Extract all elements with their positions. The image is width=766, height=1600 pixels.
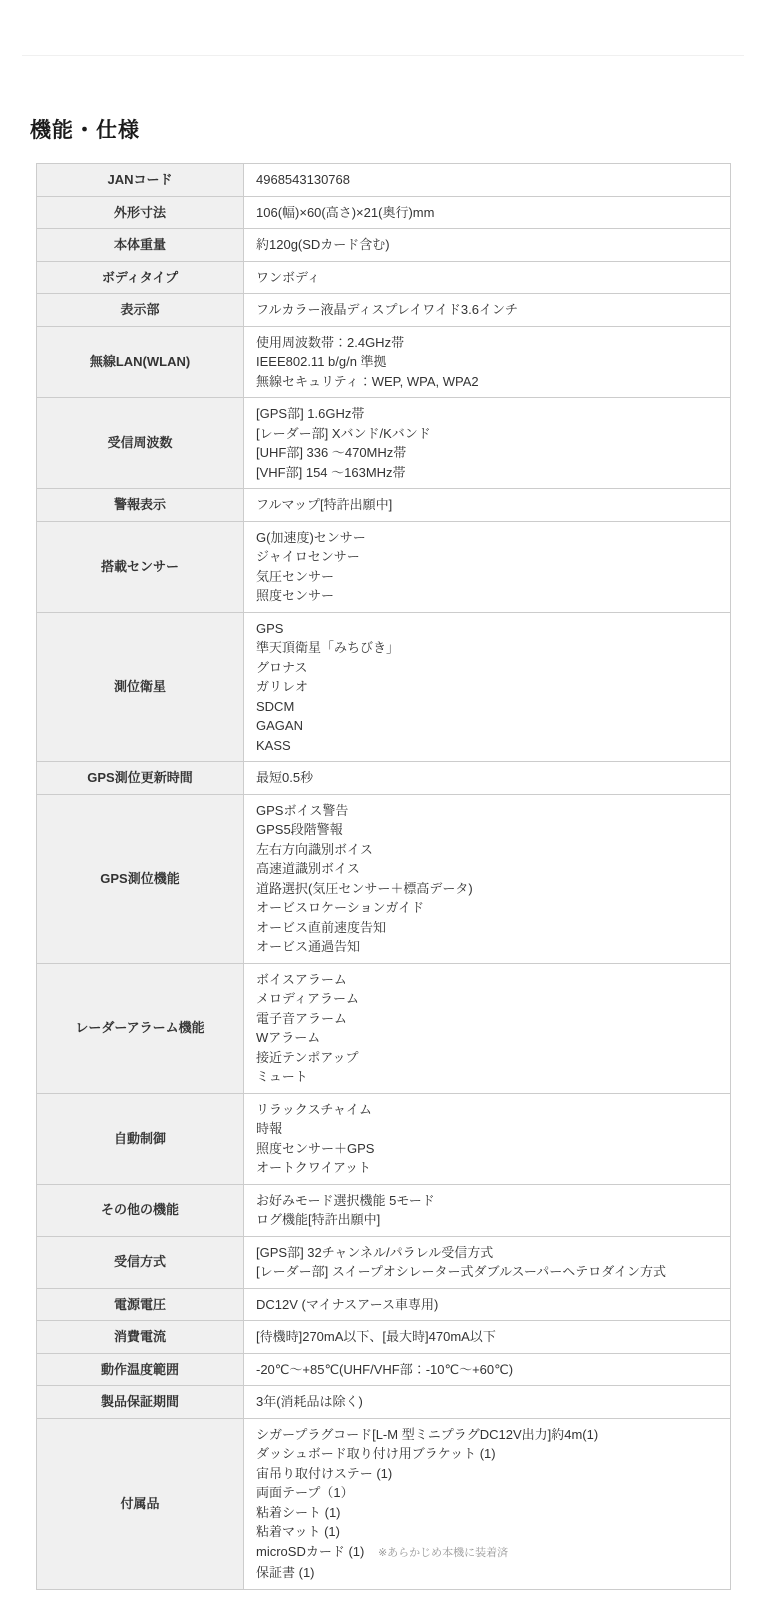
spec-label: 付属品 — [37, 1418, 244, 1589]
spec-value-text: 高速道識別ボイス — [256, 861, 360, 876]
page-title: 機能・仕様 — [30, 114, 140, 144]
spec-value-text: 4968543130768 — [256, 172, 350, 187]
spec-value-line: ガリレオ — [256, 677, 720, 697]
spec-value-line: グロナス — [256, 658, 720, 678]
table-row: 測位衛星 GPS 準天頂衛星「みちびき」 グロナス ガリレオ SDCM GAGA… — [37, 612, 731, 762]
table-row: その他の機能 お好みモード選択機能 5モード ログ機能[特許出願中] — [37, 1184, 731, 1236]
spec-value: 4968543130768 — [244, 164, 731, 197]
spec-value-text: 宙吊り取付けステー (1) — [256, 1466, 392, 1481]
spec-value-line: [GPS部] 32チャンネル/パラレル受信方式 — [256, 1243, 720, 1263]
spec-value-text: 粘着シート (1) — [256, 1505, 341, 1520]
spec-label: GPS測位機能 — [37, 794, 244, 963]
spec-value-text: ダッシュボード取り付け用ブラケット (1) — [256, 1446, 496, 1461]
top-divider — [22, 55, 744, 56]
spec-value: 最短0.5秒 — [244, 762, 731, 795]
spec-value-line: 保証書 (1) — [256, 1563, 720, 1583]
spec-page: 機能・仕様 JANコード 4968543130768 外形寸法 106(幅)×6… — [0, 0, 766, 1600]
spec-label: 警報表示 — [37, 489, 244, 522]
spec-value-text: 準天頂衛星「みちびき」 — [256, 640, 399, 655]
spec-value-text: オービスロケーションガイド — [256, 900, 424, 915]
spec-value-line: [レーダー部] スイープオシレーター式ダブルスーパーヘテロダイン方式 — [256, 1262, 720, 1282]
spec-label: JANコード — [37, 164, 244, 197]
spec-value-line: 接近テンポアップ — [256, 1048, 720, 1068]
spec-value-text: 106(幅)×60(高さ)×21(奥行)mm — [256, 205, 434, 220]
spec-value: 106(幅)×60(高さ)×21(奥行)mm — [244, 196, 731, 229]
spec-value-line: GPS — [256, 619, 720, 639]
spec-value-line: 高速道識別ボイス — [256, 859, 720, 879]
spec-value-text: 最短0.5秒 — [256, 770, 313, 785]
spec-value: DC12V (マイナスアース車専用) — [244, 1288, 731, 1321]
spec-value-text: Wアラーム — [256, 1030, 320, 1045]
spec-value-line: GPSボイス警告 — [256, 801, 720, 821]
spec-value-line: メロディアラーム — [256, 989, 720, 1009]
spec-value-text: オートクワイアット — [256, 1160, 371, 1175]
spec-value-line: ミュート — [256, 1067, 720, 1087]
spec-value-line: 道路選択(気圧センサー＋標高データ) — [256, 879, 720, 899]
spec-value-line: ワンボディ — [256, 268, 720, 288]
spec-value-text: [レーダー部] スイープオシレーター式ダブルスーパーヘテロダイン方式 — [256, 1264, 666, 1279]
spec-value: 3年(消耗品は除く) — [244, 1386, 731, 1419]
spec-value-text: KASS — [256, 738, 291, 753]
spec-value-line: オービス通過告知 — [256, 937, 720, 957]
spec-value-text: ガリレオ — [256, 679, 308, 694]
spec-value-line: オービス直前速度告知 — [256, 918, 720, 938]
spec-value-text: 気圧センサー — [256, 569, 334, 584]
spec-value: G(加速度)センサー ジャイロセンサー 気圧センサー 照度センサー — [244, 521, 731, 612]
spec-value-line: オービスロケーションガイド — [256, 898, 720, 918]
spec-value-text: ボイスアラーム — [256, 972, 347, 987]
spec-value-text: [待機時]270mA以下、[最大時]470mA以下 — [256, 1329, 496, 1344]
spec-table: JANコード 4968543130768 外形寸法 106(幅)×60(高さ)×… — [36, 163, 731, 1590]
spec-value-text: G(加速度)センサー — [256, 530, 366, 545]
spec-value-line: [VHF部] 154 ～163MHz帯 — [256, 463, 720, 483]
spec-value-text: 時報 — [256, 1121, 282, 1136]
spec-value-text: グロナス — [256, 660, 307, 675]
spec-value-text: -20℃～+85℃(UHF/VHF部：-10℃～+60℃) — [256, 1362, 513, 1377]
spec-value-text: フルマップ[特許出願中] — [256, 497, 392, 512]
spec-value-line: 最短0.5秒 — [256, 768, 720, 788]
spec-value-line: 照度センサー — [256, 586, 720, 606]
spec-value-text: [GPS部] 32チャンネル/パラレル受信方式 — [256, 1245, 493, 1260]
spec-value-line: [待機時]270mA以下、[最大時]470mA以下 — [256, 1327, 720, 1347]
spec-value-note: ※あらかじめ本機に装着済 — [378, 1547, 508, 1559]
spec-label: 搭載センサー — [37, 521, 244, 612]
table-row: 搭載センサー G(加速度)センサー ジャイロセンサー 気圧センサー 照度センサー — [37, 521, 731, 612]
spec-value-line: [GPS部] 1.6GHz帯 — [256, 404, 720, 424]
table-row: GPS測位更新時間 最短0.5秒 — [37, 762, 731, 795]
spec-value-line: 4968543130768 — [256, 170, 720, 190]
spec-value: -20℃～+85℃(UHF/VHF部：-10℃～+60℃) — [244, 1353, 731, 1386]
spec-value-text: 道路選択(気圧センサー＋標高データ) — [256, 881, 473, 896]
spec-label: 動作温度範囲 — [37, 1353, 244, 1386]
spec-value: 約120g(SDカード含む) — [244, 229, 731, 262]
spec-value: [待機時]270mA以下、[最大時]470mA以下 — [244, 1321, 731, 1354]
spec-label: 電源電圧 — [37, 1288, 244, 1321]
spec-value-line: リラックスチャイム — [256, 1100, 720, 1120]
spec-value-line: 両面テープ（1） — [256, 1483, 720, 1503]
spec-label: 表示部 — [37, 294, 244, 327]
spec-value: フルカラー液晶ディスプレイワイド3.6インチ — [244, 294, 731, 327]
spec-value-text: SDCM — [256, 699, 294, 714]
spec-value-text: 両面テープ（1） — [256, 1485, 354, 1500]
spec-value-text: オービス直前速度告知 — [256, 920, 386, 935]
spec-value-line: G(加速度)センサー — [256, 528, 720, 548]
spec-value-line: GAGAN — [256, 716, 720, 736]
spec-value-text: [レーダー部] Xバンド/Kバンド — [256, 426, 431, 441]
spec-value-line: 左右方向識別ボイス — [256, 840, 720, 860]
spec-value: ボイスアラーム メロディアラーム 電子音アラーム Wアラーム 接近テンポアップ … — [244, 963, 731, 1093]
spec-label: 消費電流 — [37, 1321, 244, 1354]
table-row: JANコード 4968543130768 — [37, 164, 731, 197]
spec-value-line: 粘着シート (1) — [256, 1503, 720, 1523]
spec-value-text: microSDカード (1) — [256, 1544, 364, 1559]
spec-value-text: 保証書 (1) — [256, 1565, 315, 1580]
table-row: 警報表示 フルマップ[特許出願中] — [37, 489, 731, 522]
table-row: 電源電圧 DC12V (マイナスアース車専用) — [37, 1288, 731, 1321]
spec-value-line: 約120g(SDカード含む) — [256, 235, 720, 255]
spec-value: [GPS部] 32チャンネル/パラレル受信方式 [レーダー部] スイープオシレー… — [244, 1236, 731, 1288]
spec-value: ワンボディ — [244, 261, 731, 294]
spec-value-text: 粘着マット (1) — [256, 1524, 340, 1539]
spec-value-text: ミュート — [256, 1069, 308, 1084]
spec-value-text: メロディアラーム — [256, 991, 359, 1006]
spec-label: 製品保証期間 — [37, 1386, 244, 1419]
spec-value-line: 106(幅)×60(高さ)×21(奥行)mm — [256, 203, 720, 223]
spec-value: リラックスチャイム 時報 照度センサー＋GPS オートクワイアット — [244, 1093, 731, 1184]
spec-value-line: 電子音アラーム — [256, 1009, 720, 1029]
table-row: 消費電流 [待機時]270mA以下、[最大時]470mA以下 — [37, 1321, 731, 1354]
table-row: 動作温度範囲 -20℃～+85℃(UHF/VHF部：-10℃～+60℃) — [37, 1353, 731, 1386]
spec-value-line: 3年(消耗品は除く) — [256, 1392, 720, 1412]
spec-value: 使用周波数帯：2.4GHz帯 IEEE802.11 b/g/n 準拠 無線セキュ… — [244, 326, 731, 398]
spec-value-text: IEEE802.11 b/g/n 準拠 — [256, 354, 387, 369]
spec-label: 無線LAN(WLAN) — [37, 326, 244, 398]
spec-value-text: GPSボイス警告 — [256, 803, 348, 818]
spec-value-text: GAGAN — [256, 718, 303, 733]
spec-label: 受信周波数 — [37, 398, 244, 489]
spec-label: その他の機能 — [37, 1184, 244, 1236]
spec-label: 測位衛星 — [37, 612, 244, 762]
spec-value-line: ボイスアラーム — [256, 970, 720, 990]
spec-value-text: [GPS部] 1.6GHz帯 — [256, 406, 364, 421]
spec-value-line: ログ機能[特許出願中] — [256, 1210, 720, 1230]
spec-value-text: 使用周波数帯：2.4GHz帯 — [256, 335, 404, 350]
spec-value-line: お好みモード選択機能 5モード — [256, 1191, 720, 1211]
spec-value: [GPS部] 1.6GHz帯 [レーダー部] Xバンド/Kバンド [UHF部] … — [244, 398, 731, 489]
spec-value-text: ログ機能[特許出願中] — [256, 1212, 380, 1227]
spec-value-text: 接近テンポアップ — [256, 1050, 358, 1065]
table-row: 製品保証期間 3年(消耗品は除く) — [37, 1386, 731, 1419]
spec-value: GPS 準天頂衛星「みちびき」 グロナス ガリレオ SDCM GAGAN KAS… — [244, 612, 731, 762]
spec-label: 本体重量 — [37, 229, 244, 262]
spec-value-text: GPS — [256, 621, 283, 636]
spec-value-text: 照度センサー — [256, 588, 334, 603]
table-row: 無線LAN(WLAN) 使用周波数帯：2.4GHz帯 IEEE802.11 b/… — [37, 326, 731, 398]
table-row: 外形寸法 106(幅)×60(高さ)×21(奥行)mm — [37, 196, 731, 229]
spec-value-line: ジャイロセンサー — [256, 547, 720, 567]
spec-value: フルマップ[特許出願中] — [244, 489, 731, 522]
spec-value-text: DC12V (マイナスアース車専用) — [256, 1297, 438, 1312]
spec-value-line: KASS — [256, 736, 720, 756]
table-row: GPS測位機能 GPSボイス警告 GPS5段階警報 左右方向識別ボイス 高速道識… — [37, 794, 731, 963]
spec-value-text: フルカラー液晶ディスプレイワイド3.6インチ — [256, 302, 518, 317]
table-row: 自動制御 リラックスチャイム 時報 照度センサー＋GPS オートクワイアット — [37, 1093, 731, 1184]
spec-value-text: シガープラグコード[L-M 型ミニプラグDC12V出力]約4m(1) — [256, 1427, 598, 1442]
spec-value-text: [UHF部] 336 ～470MHz帯 — [256, 445, 406, 460]
spec-value-line: 宙吊り取付けステー (1) — [256, 1464, 720, 1484]
spec-value-line: DC12V (マイナスアース車専用) — [256, 1295, 720, 1315]
table-row: 受信周波数 [GPS部] 1.6GHz帯 [レーダー部] Xバンド/Kバンド [… — [37, 398, 731, 489]
spec-value-text: オービス通過告知 — [256, 939, 360, 954]
spec-label: レーダーアラーム機能 — [37, 963, 244, 1093]
spec-value-line: SDCM — [256, 697, 720, 717]
spec-value-line: IEEE802.11 b/g/n 準拠 — [256, 352, 720, 372]
spec-value-text: ジャイロセンサー — [256, 549, 360, 564]
spec-value-line: シガープラグコード[L-M 型ミニプラグDC12V出力]約4m(1) — [256, 1425, 720, 1445]
spec-value-line: 使用周波数帯：2.4GHz帯 — [256, 333, 720, 353]
table-row: 表示部 フルカラー液晶ディスプレイワイド3.6インチ — [37, 294, 731, 327]
spec-value: お好みモード選択機能 5モード ログ機能[特許出願中] — [244, 1184, 731, 1236]
spec-value-line: フルマップ[特許出願中] — [256, 495, 720, 515]
spec-value-line: 無線セキュリティ：WEP, WPA, WPA2 — [256, 372, 720, 392]
spec-value-text: お好みモード選択機能 5モード — [256, 1193, 435, 1208]
table-row: 付属品 シガープラグコード[L-M 型ミニプラグDC12V出力]約4m(1) ダ… — [37, 1418, 731, 1589]
spec-value-text: [VHF部] 154 ～163MHz帯 — [256, 465, 406, 480]
spec-value-line: フルカラー液晶ディスプレイワイド3.6インチ — [256, 300, 720, 320]
spec-value-text: ワンボディ — [256, 270, 320, 285]
spec-value-text: 電子音アラーム — [256, 1011, 347, 1026]
spec-value-line: [レーダー部] Xバンド/Kバンド — [256, 424, 720, 444]
spec-label: GPS測位更新時間 — [37, 762, 244, 795]
spec-value-line: GPS5段階警報 — [256, 820, 720, 840]
spec-label: 外形寸法 — [37, 196, 244, 229]
spec-value-text: 約120g(SDカード含む) — [256, 237, 390, 252]
table-row: レーダーアラーム機能 ボイスアラーム メロディアラーム 電子音アラーム Wアラー… — [37, 963, 731, 1093]
spec-value-line: 準天頂衛星「みちびき」 — [256, 638, 720, 658]
table-row: 本体重量 約120g(SDカード含む) — [37, 229, 731, 262]
spec-value-line: 照度センサー＋GPS — [256, 1139, 720, 1159]
spec-value-line: microSDカード (1) ※あらかじめ本機に装着済 — [256, 1542, 720, 1564]
table-row: ボディタイプ ワンボディ — [37, 261, 731, 294]
spec-label: ボディタイプ — [37, 261, 244, 294]
spec-value-text: 無線セキュリティ：WEP, WPA, WPA2 — [256, 374, 479, 389]
spec-value: GPSボイス警告 GPS5段階警報 左右方向識別ボイス 高速道識別ボイス 道路選… — [244, 794, 731, 963]
spec-label: 受信方式 — [37, 1236, 244, 1288]
spec-value-line: 気圧センサー — [256, 567, 720, 587]
spec-value-line: -20℃～+85℃(UHF/VHF部：-10℃～+60℃) — [256, 1360, 720, 1380]
spec-value-line: 時報 — [256, 1119, 720, 1139]
spec-value-text: 3年(消耗品は除く) — [256, 1394, 363, 1409]
table-row: 受信方式 [GPS部] 32チャンネル/パラレル受信方式 [レーダー部] スイー… — [37, 1236, 731, 1288]
spec-value-text: リラックスチャイム — [256, 1102, 372, 1117]
spec-value-text: GPS5段階警報 — [256, 822, 343, 837]
spec-value-line: 粘着マット (1) — [256, 1522, 720, 1542]
spec-value-line: Wアラーム — [256, 1028, 720, 1048]
spec-value-text: 左右方向識別ボイス — [256, 842, 373, 857]
spec-value-text: 照度センサー＋GPS — [256, 1141, 374, 1156]
spec-value-line: [UHF部] 336 ～470MHz帯 — [256, 443, 720, 463]
spec-value-line: ダッシュボード取り付け用ブラケット (1) — [256, 1444, 720, 1464]
spec-label: 自動制御 — [37, 1093, 244, 1184]
spec-value-line: オートクワイアット — [256, 1158, 720, 1178]
spec-value: シガープラグコード[L-M 型ミニプラグDC12V出力]約4m(1) ダッシュボ… — [244, 1418, 731, 1589]
